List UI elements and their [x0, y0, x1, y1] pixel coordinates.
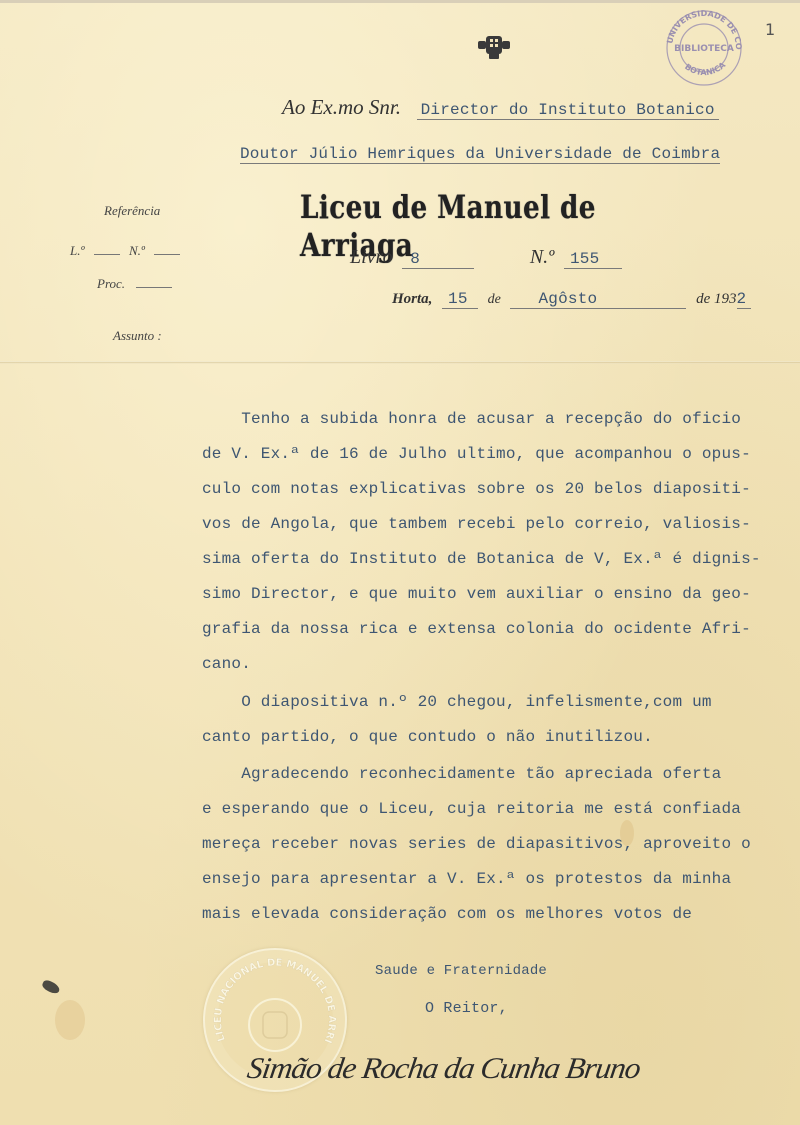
library-stamp-icon: UNIVERSIDADE DE COIMBRA BIBLIOTECA BOTAN… — [656, 8, 754, 88]
body-line: Agradecendo reconhecidamente tão aprecia… — [202, 765, 721, 783]
body-line: sima oferta do Instituto de Botanica de … — [202, 550, 761, 568]
body-line: canto partido, o que contudo o não inuti… — [202, 728, 653, 746]
svg-text:LICEU NACIONAL DE MANUEL DE AR: LICEU NACIONAL DE MANUEL DE ARRIAGA — [205, 950, 337, 1045]
date-day: 15 — [442, 290, 478, 309]
addressee-title: Director do Instituto Botanico — [417, 101, 719, 120]
paper-top-edge — [0, 0, 800, 3]
body-line: simo Director, e que muito vem auxiliar … — [202, 585, 751, 603]
body-line: O diapositiva n.º 20 chegou, infelisment… — [202, 693, 712, 711]
ref-proc-blank — [136, 287, 172, 288]
date-month: Agôsto — [510, 290, 686, 309]
body-line: vos de Angola, que tambem recebi pelo co… — [202, 515, 751, 533]
page-number: 1 — [765, 20, 775, 39]
body-line: mais elevada consideração com os melhore… — [202, 905, 692, 923]
date-year-suffix: 2 — [737, 290, 751, 309]
signature: Simão de Rocha da Cunha Bruno — [245, 1052, 642, 1086]
paper-fold-line — [0, 361, 800, 364]
coat-of-arms-icon — [472, 33, 516, 61]
livro-numero-line: Livro 8 N.º 155 — [350, 246, 622, 269]
body-line: ensejo para apresentar a V. Ex.ª os prot… — [202, 870, 731, 888]
body-line: culo com notas explicativas sobre os 20 … — [202, 480, 751, 498]
closing-greeting: Saude e Fraternidade — [375, 963, 547, 979]
ink-blot — [41, 979, 62, 996]
body-line: Tenho a subida honra de acusar a recepçã… — [202, 410, 741, 428]
ref-proc-label: Proc. — [97, 276, 172, 292]
addressee-name: Doutor Júlio Hemriques da Universidade d… — [240, 145, 720, 164]
svg-text:BIBLIOTECA: BIBLIOTECA — [674, 44, 734, 54]
salutation: Ao Ex.mo Snr. — [282, 95, 401, 119]
body-line: de V. Ex.ª de 16 de Julho ultimo, que ac… — [202, 445, 751, 463]
closing-title: O Reitor, — [425, 1000, 508, 1017]
date-line: Horta, 15 de Agôsto de 1932 — [392, 290, 751, 309]
body-line: e esperando que o Liceu, cuja reitoria m… — [202, 800, 741, 818]
body-line: grafia da nossa rica e extensa colonia d… — [202, 620, 751, 638]
numero-value: 155 — [564, 250, 622, 269]
assunto-label: Assunto : — [113, 328, 162, 344]
referencia-label: Referência — [104, 203, 160, 219]
ref-livro-blank — [94, 254, 120, 255]
svg-text:BOTANICA: BOTANICA — [683, 60, 728, 77]
body-line: mereça receber novas series de diapasiti… — [202, 835, 751, 853]
body-line: cano. — [202, 655, 251, 673]
ref-numero-blank — [154, 254, 180, 255]
paper-stain — [55, 1000, 85, 1040]
livro-value: 8 — [402, 250, 474, 269]
addressee-line-1: Ao Ex.mo Snr. Director do Instituto Bota… — [282, 95, 719, 120]
ref-livro-label: L.º N.º — [70, 243, 180, 259]
